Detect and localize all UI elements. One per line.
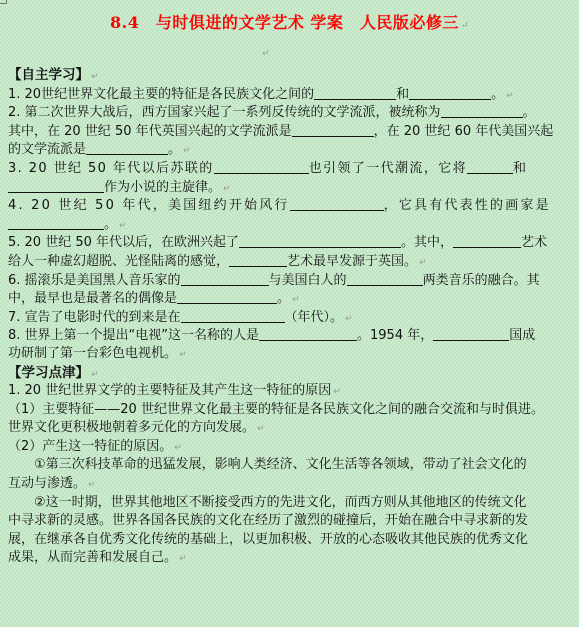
answer-blank[interactable] (181, 308, 285, 323)
tip-paragraph: 中寻求新的灵感。世界各国各民族的文化在经历了激烈的碰撞后，开始在融合中寻求新的发 (8, 512, 574, 531)
question-5: 5. 20 世纪 50 年代以后，在欧洲兴起了。其中，艺术 (8, 233, 574, 252)
question-1: 1. 20世纪世界文化最主要的特征是各民族文化之间的和。↵ (8, 85, 574, 104)
answer-blank[interactable] (409, 85, 491, 100)
answer-blank[interactable] (177, 289, 277, 304)
tip-paragraph: （2）产生这一特征的原因。↵ (8, 438, 574, 457)
tip-paragraph: 展，在继承各自优秀文化传统的基础上，以更加积极、开放的心态吸收其他民族的优秀文化 (8, 531, 574, 550)
question-6-cont: 中，最早也是最著名的偶像是。↵ (8, 289, 574, 308)
answer-blank[interactable] (259, 326, 357, 341)
answer-blank[interactable] (314, 85, 396, 100)
answer-blank[interactable] (292, 122, 374, 137)
answer-blank[interactable] (239, 233, 401, 248)
answer-blank[interactable] (433, 326, 509, 341)
answer-blank[interactable] (453, 233, 521, 248)
answer-blank[interactable] (347, 271, 423, 286)
document-title: 8.4 与时俱进的文学艺术 学案 人民版必修三↵ (0, 10, 579, 33)
tip-paragraph: 世界文化更积极地朝着多元化的方向发展。↵ (8, 419, 574, 438)
tip-paragraph: 成果，从而完善和发展自己。↵ (8, 549, 574, 568)
answer-blank[interactable] (214, 159, 309, 174)
question-8: 8. 世界上第一个提出“电视”这一名称的人是。1954 年，国成 (8, 326, 574, 345)
question-6: 6. 摇滚乐是美国黑人音乐家的与美国白人的两类音乐的融合。其 (8, 271, 574, 290)
answer-blank[interactable] (181, 271, 269, 286)
question-4: 4. 20 世纪 50 年代，美国纽约开始风行，它具有代表性的画家是 (8, 196, 574, 215)
question-2-cont: 其中，在 20 世纪 50 年代英国兴起的文学流派是，在 20 世纪 60 年代… (8, 122, 574, 141)
tip-paragraph: （1）主要特征——20 世纪世界文化最主要的特征是各民族文化之间的融合交流和与时… (8, 401, 574, 420)
tip-paragraph: ①第三次科技革命的迅猛发展，影响人类经济、文化生活等各领域，带动了社会文化的 (8, 456, 574, 475)
page-corner-mark (0, 0, 7, 4)
tip-paragraph: 互动与渗透。↵ (8, 475, 574, 494)
title-text: 8.4 与时俱进的文学艺术 学案 人民版必修三 (110, 13, 459, 32)
answer-blank[interactable] (290, 196, 384, 211)
question-7: 7. 宣告了电影时代的到来是在（年代）。↵ (8, 308, 574, 327)
section-heading-self-study: 【自主学习】↵ (8, 66, 574, 85)
question-3-cont: 作为小说的主旋律。↵ (8, 178, 574, 197)
question-2: 2. 第二次世界大战后，西方国家兴起了一系列反传统的文学流派，被统称为。 (8, 103, 574, 122)
section-heading-study-tips: 【学习点津】↵ (8, 364, 574, 383)
question-8-cont: 功研制了第一台彩色电视机。↵ (8, 345, 574, 364)
question-4-cont: 。↵ (8, 215, 574, 234)
answer-blank[interactable] (8, 178, 104, 193)
question-2-cont: 的文学流派是。↵ (8, 140, 574, 159)
answer-blank[interactable] (8, 215, 104, 230)
question-5-cont: 给人一种虚幻超脱、光怪陆离的感觉，艺术最早发源于英国。↵ (8, 252, 574, 271)
paragraph-mark-icon: ↵ (262, 49, 270, 59)
question-3: 3. 20 世纪 50 年代以后苏联的也引领了一代潮流，它将和 (8, 159, 574, 178)
answer-blank[interactable] (467, 159, 513, 174)
tip-paragraph: 1. 20 世纪世界文学的主要特征及其产生这一特征的原因↵ (8, 382, 574, 401)
paragraph-mark-icon: ↵ (461, 21, 469, 31)
answer-blank[interactable] (86, 140, 168, 155)
tip-paragraph: ②这一时期，世界其他地区不断接受西方的先进文化，而西方则从其他地区的传统文化 (8, 494, 574, 513)
answer-blank[interactable] (441, 103, 523, 118)
document-body[interactable]: 【自主学习】↵ 1. 20世纪世界文化最主要的特征是各民族文化之间的和。↵ 2.… (8, 66, 574, 568)
answer-blank[interactable] (229, 252, 287, 267)
